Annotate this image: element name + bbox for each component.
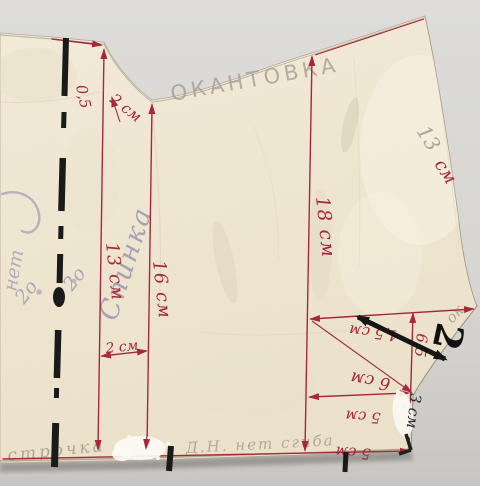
pattern-photo-canvas: ОКАНТОВКА Спинка 2о 2о нет строчка Д.Н. … [0, 0, 480, 486]
pencil-dot [36, 289, 42, 295]
grainline-dash [60, 254, 61, 283]
measure-5cm-mid: 5 см [345, 407, 381, 427]
pencil-dot [72, 279, 77, 284]
grainline-dash [55, 423, 56, 467]
pattern-photo: ОКАНТОВКА Спинка 2о 2о нет строчка Д.Н. … [0, 0, 480, 486]
whiteout-speckle [156, 456, 160, 460]
bottom-notch-tick [345, 452, 346, 472]
whiteout-speckle [396, 390, 401, 395]
grainline-dash [57, 330, 58, 378]
bottom-notch-tick [169, 446, 171, 471]
grainline-dot [53, 287, 65, 307]
grainline-dash [61, 158, 62, 211]
whiteout-speckle [127, 435, 131, 439]
measure-5cm-bottom: 5 см [335, 443, 371, 463]
whiteout-blob [112, 447, 132, 461]
whiteout-speckle [166, 442, 171, 447]
grainline-dash [65, 38, 67, 96]
